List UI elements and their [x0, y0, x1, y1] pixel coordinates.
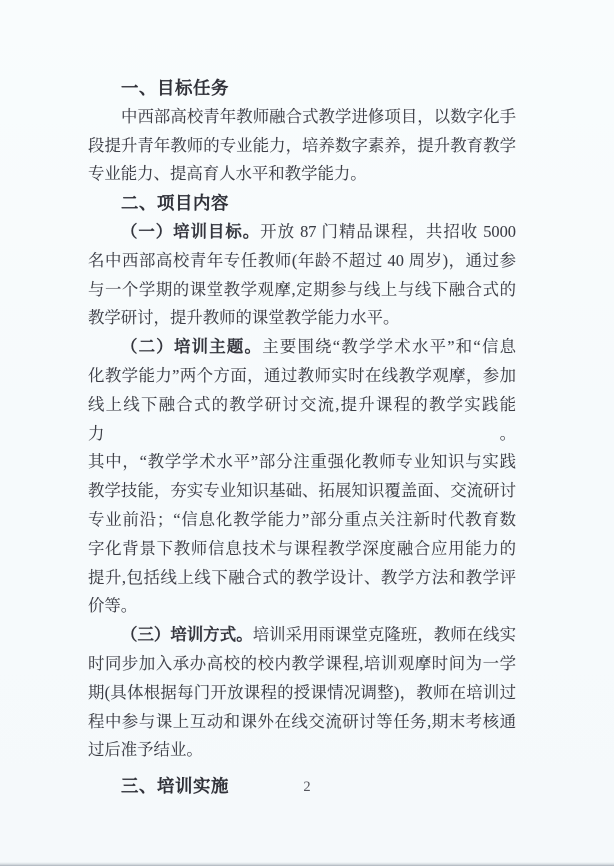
text-line-span: 培训采用雨课堂克隆班，教师在线实: [253, 625, 516, 644]
page-number: 2: [0, 779, 614, 796]
text-line: 中西部高校青年教师融合式教学进修项目，以数字化手: [88, 103, 516, 132]
text-line: 化教学能力”两个方面，通过教师实时在线教学观摩，参加: [88, 362, 516, 391]
section-heading-goal-tasks: 一、目标任务: [88, 74, 516, 103]
text-line: 名中西部高校青年专任教师(年龄不超过 40 周岁)，通过参: [88, 247, 516, 276]
text-line: 段提升青年教师的专业能力，培养数字素养，提升教育教学: [88, 132, 516, 161]
text-line: 提升,包括线上线下融合式的教学设计、教学方法和教学评: [88, 564, 516, 593]
text-line: 价等。: [88, 592, 516, 621]
text-line: 线上线下融合式的教学研讨交流,提升课程的教学实践能力。: [88, 391, 516, 449]
page-content: 一、目标任务 中西部高校青年教师融合式教学进修项目，以数字化手 段提升青年教师的…: [88, 74, 516, 801]
text-line: 与一个学期的课堂教学观摩,定期参与线上与线下融合式的: [88, 276, 516, 305]
text-line: 其中，“教学学术水平”部分注重强化教师专业知识与实践: [88, 448, 516, 477]
text-line: 时同步加入承办高校的校内教学课程,培训观摩时间为一学: [88, 650, 516, 679]
para-lead-training-method: （三）培训方式。: [121, 625, 253, 644]
text-line: 期(具体根据每门开放课程的授课情况调整)，教师在培训过: [88, 679, 516, 708]
text-line: 教学研讨，提升教师的课堂教学能力水平。: [88, 304, 516, 333]
text-line-span: 主要围绕“教学学术水平”和“信息: [262, 337, 516, 356]
text-line: （一）培训目标。开放 87 门精品课程，共招收 5000: [88, 218, 516, 247]
para-lead-training-goal: （一）培训目标。: [121, 222, 260, 241]
text-line: 程中参与课上互动和课外在线交流研讨等任务,期末考核通: [88, 708, 516, 737]
text-line: （二）培训主题。主要围绕“教学学术水平”和“信息: [88, 333, 516, 362]
scanned-document-page: 一、目标任务 中西部高校青年教师融合式教学进修项目，以数字化手 段提升青年教师的…: [0, 0, 614, 866]
text-line: 专业前沿；“信息化教学能力”部分重点关注新时代教育数: [88, 506, 516, 535]
text-line: 教学技能，夯实专业知识基础、拓展知识覆盖面、交流研讨: [88, 477, 516, 506]
text-line: 字化背景下教师信息技术与课程教学深度融合应用能力的: [88, 535, 516, 564]
para-lead-training-theme: （二）培训主题。: [121, 337, 262, 356]
text-line: 专业能力、提高育人水平和教学能力。: [88, 160, 516, 189]
text-line: 过后准予结业。: [88, 736, 516, 765]
section-heading-project-content: 二、项目内容: [88, 189, 516, 218]
text-line: （三）培训方式。培训采用雨课堂克隆班，教师在线实: [88, 621, 516, 650]
text-line-span: 开放 87 门精品课程，共招收 5000: [260, 222, 516, 241]
scan-bottom-edge: [0, 862, 614, 866]
